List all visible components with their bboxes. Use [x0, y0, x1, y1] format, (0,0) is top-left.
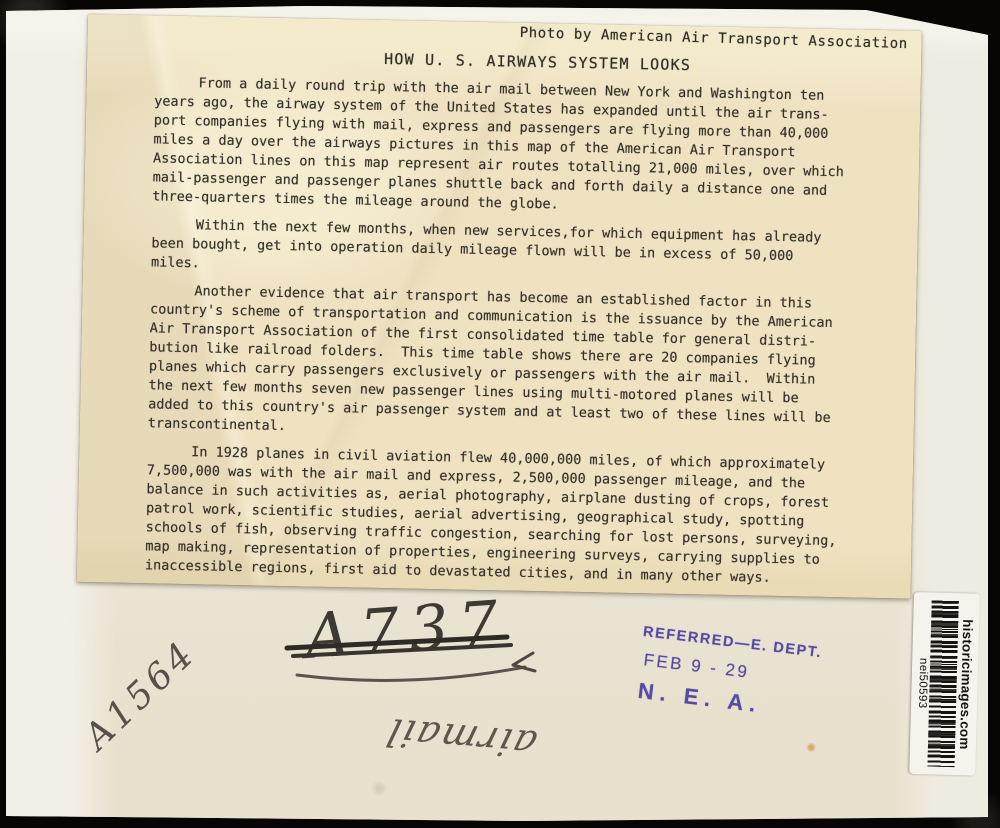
typed-text: From a daily round trip with the air mai… — [145, 73, 861, 598]
handwritten-crossed-number: A737 — [279, 591, 579, 695]
caption-title: HOW U. S. AIRWAYS SYSTEM LOOKS — [384, 50, 691, 74]
paragraph-2: Within the next few months, when new ser… — [151, 215, 858, 286]
paragraph-4: In 1928 planes in civil aviation flew 40… — [145, 442, 854, 589]
photo-back-paper: Photo by American Air Transport Associat… — [6, 4, 988, 821]
paragraph-3: Another evidence that air transport has … — [148, 281, 857, 447]
barcode — [927, 600, 958, 767]
sticker-site-text: historicimages.com — [957, 619, 974, 750]
strikethrough-marks — [279, 591, 579, 695]
scan-background: Photo by American Air Transport Associat… — [0, 0, 1000, 828]
caption-slip: Photo by American Air Transport Associat… — [77, 14, 922, 599]
handwritten-file-number: A1564 — [44, 600, 236, 790]
barcode-sticker-face: historicimages.com nei50593 — [909, 592, 980, 776]
date-stamp: REFERRED—E. DEPT. FEB 9 - 29 N. E. A. — [635, 624, 883, 732]
paragraph-1: From a daily round trip with the air mai… — [152, 73, 861, 220]
sticker-id-text: nei50593 — [916, 658, 929, 709]
barcode-sticker: historicimages.com nei50593 — [914, 592, 982, 776]
handwritten-airmail: airmail — [325, 684, 597, 792]
photo-credit: Photo by American Air Transport Associat… — [519, 25, 921, 53]
